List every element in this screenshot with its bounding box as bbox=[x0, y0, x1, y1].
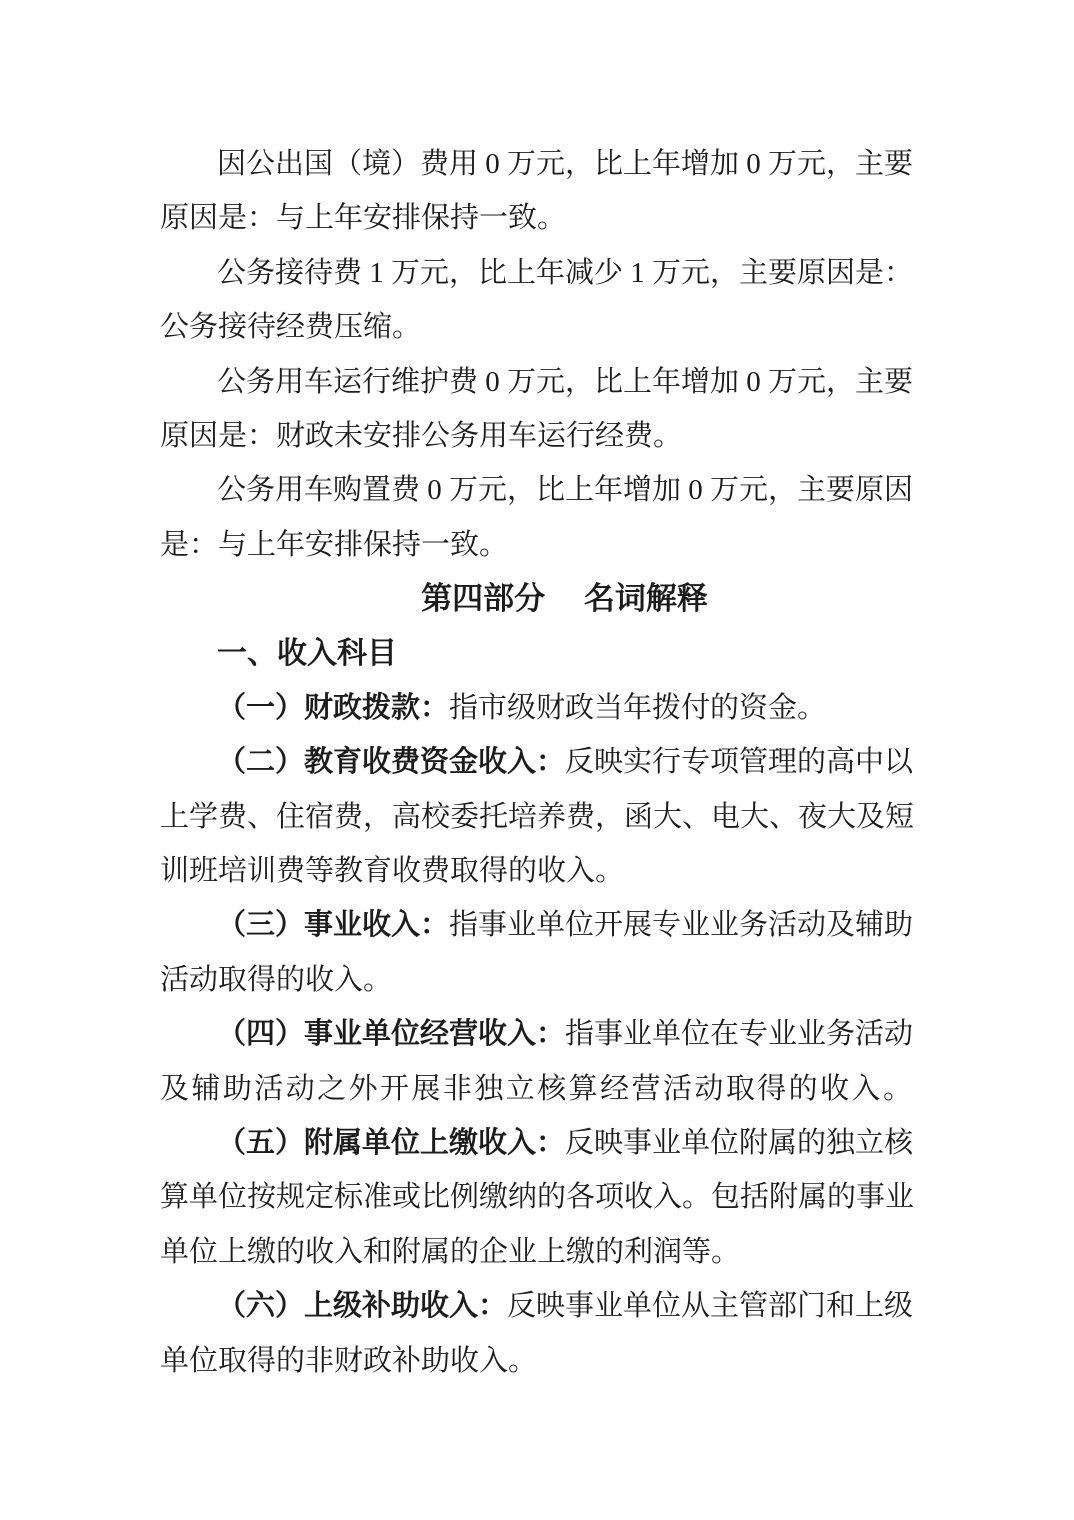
line-text-run: 指事业单位开展专业业务活动及辅助 bbox=[449, 909, 913, 941]
document-text: 因公出国（境）费用 0 万元，比上年增加 0 万元，主要 原因是：与上年安排保持… bbox=[160, 137, 912, 1388]
term-label: （六）上级补助收入： bbox=[217, 1290, 507, 1322]
paragraph-outbound-travel-line-2: 原因是：与上年安排保持一致。 bbox=[160, 191, 912, 245]
subsection-heading: 一、收入科目 bbox=[160, 627, 912, 681]
term-education-fee-income-line-2: 上学费、住宿费，高校委托培养费，函大、电大、夜大及短 bbox=[160, 790, 912, 844]
paragraph-vehicle-maintenance-line-2: 原因是：财政未安排公务用车运行经费。 bbox=[160, 409, 912, 463]
line-text-run: 因公出国（境）费用 0 万元，比上年增加 0 万元，主要 bbox=[217, 148, 913, 180]
paragraph-outbound-travel-line-1: 因公出国（境）费用 0 万元，比上年增加 0 万元，主要 bbox=[160, 137, 912, 191]
line-text-run: 指事业单位在专业业务活动 bbox=[565, 1018, 913, 1050]
section-heading: 第四部分 名词解释 bbox=[160, 572, 912, 626]
line-text-run: 上学费、住宿费，高校委托培养费，函大、电大、夜大及短 bbox=[160, 801, 914, 833]
line-text-run: 指市级财政当年拨付的资金。 bbox=[449, 692, 826, 724]
line-text-run: 单位取得的非财政补助收入。 bbox=[160, 1345, 537, 1377]
term-affiliated-unit-income-line-2: 算单位按规定标准或比例缴纳的各项收入。包括附属的事业 bbox=[160, 1170, 912, 1224]
paragraph-reception-expense-line-1: 公务接待费 1 万元，比上年减少 1 万元，主要原因是： bbox=[160, 246, 912, 300]
line-text-run: 反映事业单位从主管部门和上级 bbox=[507, 1290, 913, 1322]
term-institutional-income-line-1: （三）事业收入：指事业单位开展专业业务活动及辅助 bbox=[160, 898, 912, 952]
term-operating-income-line-2: 及辅助活动之外开展非独立核算经营活动取得的收入。 bbox=[160, 1062, 912, 1116]
line-text-run: 是：与上年安排保持一致。 bbox=[160, 529, 508, 561]
line-text-run: 原因是：财政未安排公务用车运行经费。 bbox=[160, 420, 682, 452]
term-label: （四）事业单位经营收入： bbox=[217, 1018, 565, 1050]
term-superior-subsidy-income-line-2: 单位取得的非财政补助收入。 bbox=[160, 1334, 912, 1388]
line-text-run: 及辅助活动之外开展非独立核算经营活动取得的收入。 bbox=[160, 1073, 912, 1105]
term-education-fee-income-line-3: 训班培训费等教育收费取得的收入。 bbox=[160, 844, 912, 898]
line-text-run: 单位上缴的收入和附属的企业上缴的利润等。 bbox=[160, 1236, 740, 1268]
term-label: （五）附属单位上缴收入： bbox=[217, 1127, 565, 1159]
term-operating-income-line-1: （四）事业单位经营收入：指事业单位在专业业务活动 bbox=[160, 1007, 912, 1061]
term-institutional-income-line-2: 活动取得的收入。 bbox=[160, 953, 912, 1007]
paragraph-vehicle-maintenance-line-1: 公务用车运行维护费 0 万元，比上年增加 0 万元，主要 bbox=[160, 355, 912, 409]
paragraph-vehicle-purchase-line-2: 是：与上年安排保持一致。 bbox=[160, 518, 912, 572]
line-text-run: 反映实行专项管理的高中以 bbox=[565, 746, 913, 778]
line-text-run: 公务接待费 1 万元，比上年减少 1 万元，主要原因是： bbox=[217, 257, 913, 289]
line-text-run: 公务用车购置费 0 万元，比上年增加 0 万元，主要原因 bbox=[217, 474, 913, 506]
term-affiliated-unit-income-line-3: 单位上缴的收入和附属的企业上缴的利润等。 bbox=[160, 1225, 912, 1279]
line-text-run: 公务用车运行维护费 0 万元，比上年增加 0 万元，主要 bbox=[217, 366, 913, 398]
line-text-run: 原因是：与上年安排保持一致。 bbox=[160, 202, 566, 234]
line-text-run: 公务接待经费压缩。 bbox=[160, 311, 421, 343]
section-heading-text: 第四部分 名词解释 bbox=[421, 581, 708, 616]
term-affiliated-unit-income-line-1: （五）附属单位上缴收入：反映事业单位附属的独立核 bbox=[160, 1116, 912, 1170]
line-text-run: 训班培训费等教育收费取得的收入。 bbox=[160, 855, 624, 887]
paragraph-vehicle-purchase-line-1: 公务用车购置费 0 万元，比上年增加 0 万元，主要原因 bbox=[160, 463, 912, 517]
term-education-fee-income-line-1: （二）教育收费资金收入：反映实行专项管理的高中以 bbox=[160, 735, 912, 789]
line-text-run: 活动取得的收入。 bbox=[160, 964, 392, 996]
subsection-heading-text: 一、收入科目 bbox=[217, 637, 397, 670]
paragraph-reception-expense-line-2: 公务接待经费压缩。 bbox=[160, 300, 912, 354]
term-fiscal-appropriation-line-1: （一）财政拨款：指市级财政当年拨付的资金。 bbox=[160, 681, 912, 735]
term-label: （三）事业收入： bbox=[217, 909, 449, 941]
line-text-run: 算单位按规定标准或比例缴纳的各项收入。包括附属的事业 bbox=[160, 1181, 914, 1213]
term-superior-subsidy-income-line-1: （六）上级补助收入：反映事业单位从主管部门和上级 bbox=[160, 1279, 912, 1333]
line-text-run: 反映事业单位附属的独立核 bbox=[565, 1127, 913, 1159]
document-page: 因公出国（境）费用 0 万元，比上年增加 0 万元，主要 原因是：与上年安排保持… bbox=[0, 0, 1074, 1520]
term-label: （二）教育收费资金收入： bbox=[217, 746, 565, 778]
term-label: （一）财政拨款： bbox=[217, 692, 449, 724]
